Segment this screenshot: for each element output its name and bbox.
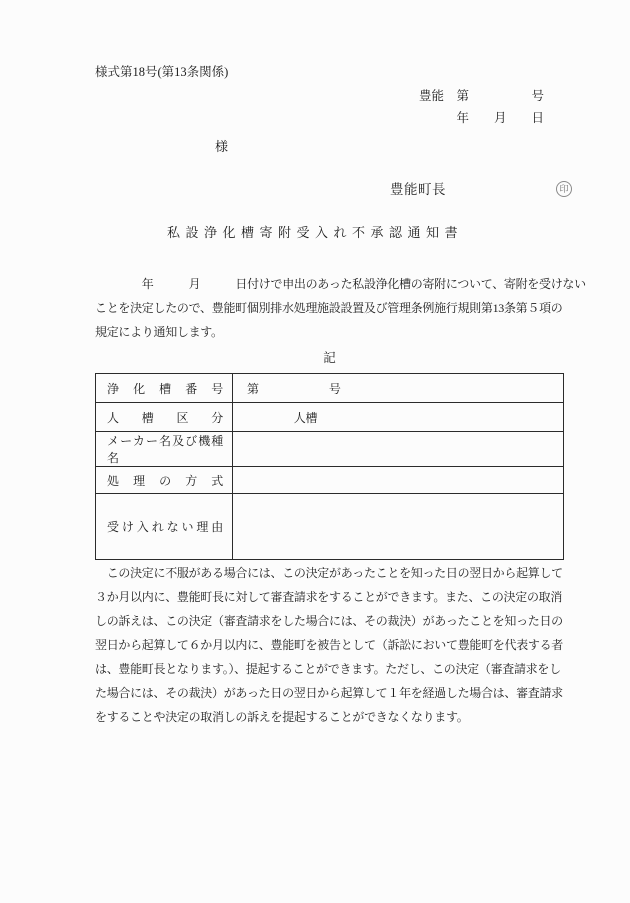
notice-line: は、豊能町長となります。）、提起することができます。ただし、この決定（審査請求を… — [95, 657, 563, 681]
body-line: 規定により通知します。 — [95, 320, 586, 344]
seal-stamp-icon: 印 — [556, 181, 572, 197]
table-row: 浄化槽番号 第 号 — [96, 374, 564, 403]
addressee-honorific: 様 — [215, 139, 228, 155]
section-marker: 記 — [95, 350, 564, 366]
row-label: 浄化槽番号 — [96, 374, 233, 403]
table-row: 処理の方式 — [96, 467, 564, 494]
body-line: ことを決定したので、豊能町個別排水処理施設設置及び管理条例施行規則第13条第５項… — [95, 296, 586, 320]
notice-line: た場合には、その裁決）があった日の翌日から起算して１年を経過した場合は、審査請求 — [95, 681, 563, 705]
row-label: 人槽区分 — [96, 403, 233, 432]
table-row: メーカー名及び機種名 — [96, 432, 564, 467]
notice-line: をすることや決定の取消しの訴えを提起することができなくなります。 — [95, 705, 563, 729]
row-label: 処理の方式 — [96, 467, 233, 494]
notice-line: ３か月以内に、豊能町長に対して審査請求をすることができます。また、この決定の取消 — [95, 585, 563, 609]
row-value — [233, 467, 564, 494]
row-value: 第 号 — [233, 374, 564, 403]
row-value — [233, 432, 564, 467]
document-reference-number: 豊能 第 号 — [419, 88, 544, 104]
form-number: 様式第18号(第13条関係) — [95, 64, 228, 80]
sender-name: 豊能町長 — [390, 182, 446, 198]
document-title: 私設浄化槽寄附受入れ不承認通知書 — [0, 224, 630, 242]
notice-line: しの訴えは、この決定（審査請求をした場合には、その裁決）があったことを知った日の — [95, 609, 563, 633]
row-value — [233, 494, 564, 560]
details-table: 浄化槽番号 第 号 人槽区分 人槽 メーカー名及び機種名 処理の方式 受け — [95, 373, 564, 560]
notice-line: 翌日から起算して６か月以内に、豊能町を被告として（訴訟において豊能町を代表する者 — [95, 633, 563, 657]
date-line: 年 月 日 — [456, 110, 544, 126]
row-label: 受け入れない理由 — [96, 494, 233, 560]
appeal-notice-paragraph: この決定に不服がある場合には、この決定があったことを知った日の翌日から起算して … — [95, 561, 563, 729]
notice-line: この決定に不服がある場合には、この決定があったことを知った日の翌日から起算して — [95, 561, 563, 585]
row-value: 人槽 — [233, 403, 564, 432]
table-row: 人槽区分 人槽 — [96, 403, 564, 432]
body-line: 年 月 日付けで申出のあった私設浄化槽の寄附について、寄附を受けない — [95, 272, 586, 296]
row-label: メーカー名及び機種名 — [96, 432, 233, 467]
table-row: 受け入れない理由 — [96, 494, 564, 560]
body-paragraph: 年 月 日付けで申出のあった私設浄化槽の寄附について、寄附を受けない ことを決定… — [95, 272, 586, 344]
document-page: 様式第18号(第13条関係) 豊能 第 号 年 月 日 様 豊能町長 印 私設浄… — [0, 0, 630, 903]
